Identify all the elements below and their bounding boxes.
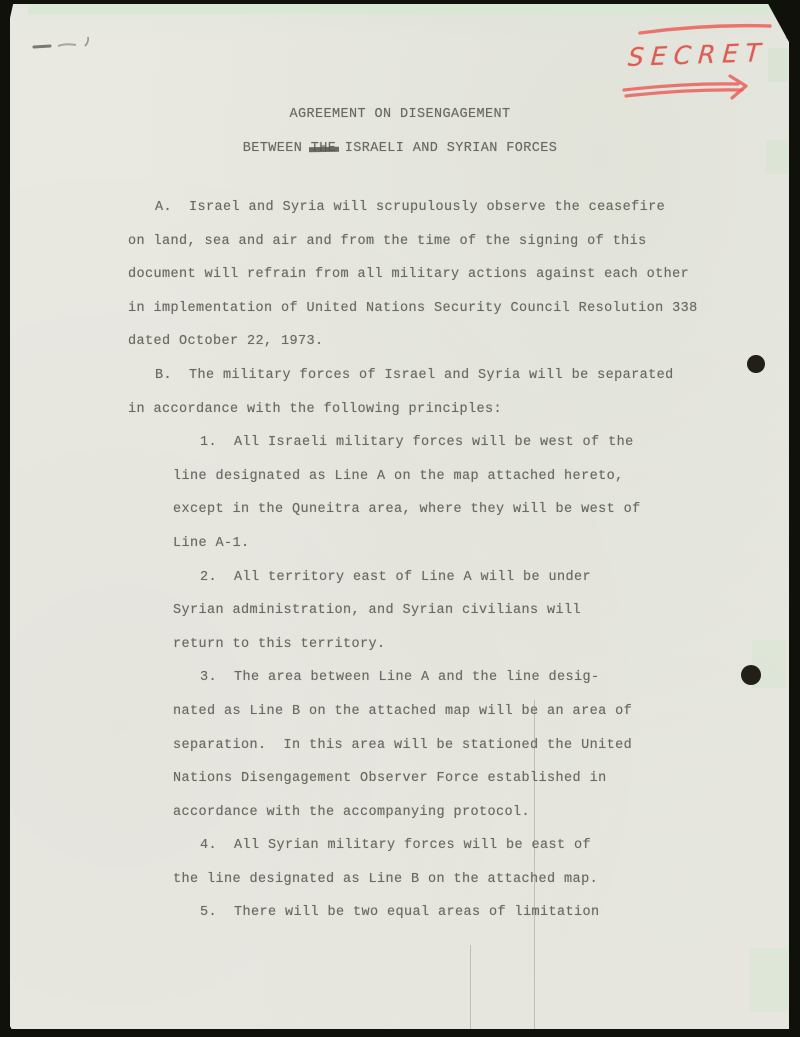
document-line: return to this territory. [128, 633, 728, 667]
red-underline-arrow [624, 84, 738, 90]
document-line: 2. All territory east of Line A will be … [128, 566, 728, 600]
document-line: 3. The area between Line A and the line … [128, 666, 728, 700]
hole-punch-dot [747, 355, 765, 373]
document-line: separation. In this area will be station… [128, 734, 728, 768]
title-line-2-pre: BETWEEN [243, 141, 311, 156]
scan-edge-left [0, 0, 10, 1037]
document-line: accordance with the accompanying protoco… [128, 801, 728, 835]
scan-tint-patch [750, 948, 788, 1012]
fold-crease [534, 700, 535, 1037]
fold-crease [470, 945, 471, 1035]
scan-edge-bottom [0, 1029, 800, 1037]
document-line: on land, sea and air and from the time o… [128, 230, 728, 264]
secret-stamp: SECRET [627, 37, 789, 72]
document-line: dated October 22, 1973. [128, 330, 728, 364]
title-line-2-post: ISRAELI AND SYRIAN FORCES [336, 141, 557, 156]
title-line-2: BETWEEN THE ISRAELI AND SYRIAN FORCES [0, 137, 800, 171]
document-line: 5. There will be two equal areas of limi… [128, 901, 728, 935]
document-line: line designated as Line A on the map att… [128, 465, 728, 499]
scan-edge-right [789, 0, 800, 1037]
document-line: the line designated as Line B on the att… [128, 868, 728, 902]
document-line: B. The military forces of Israel and Syr… [128, 364, 728, 398]
pencil-scribble [28, 34, 108, 58]
scanned-document-page: AGREEMENT ON DISENGAGEMENT BETWEEN THE I… [0, 0, 800, 1037]
document-line: Nations Disengagement Observer Force est… [128, 767, 728, 801]
scan-tint-band [28, 3, 772, 14]
document-line: document will refrain from all military … [128, 263, 728, 297]
title-line-1: AGREEMENT ON DISENGAGEMENT [0, 103, 800, 137]
document-line: nated as Line B on the attached map will… [128, 700, 728, 734]
document-body: A. Israel and Syria will scrupulously ob… [128, 196, 728, 935]
document-line: in accordance with the following princip… [128, 398, 728, 432]
document-line: Syrian administration, and Syrian civili… [128, 599, 728, 633]
document-line: except in the Quneitra area, where they … [128, 498, 728, 532]
document-line: in implementation of United Nations Secu… [128, 297, 728, 331]
document-line: 4. All Syrian military forces will be ea… [128, 834, 728, 868]
document-line: Line A-1. [128, 532, 728, 566]
hole-punch-dot [741, 665, 761, 685]
red-overline [640, 26, 770, 33]
document-title: AGREEMENT ON DISENGAGEMENT BETWEEN THE I… [0, 103, 800, 170]
document-line: A. Israel and Syria will scrupulously ob… [128, 196, 728, 230]
document-line: 1. All Israeli military forces will be w… [128, 431, 728, 465]
title-word-struck-through: THE [311, 141, 337, 156]
scan-edge-top [0, 0, 800, 4]
